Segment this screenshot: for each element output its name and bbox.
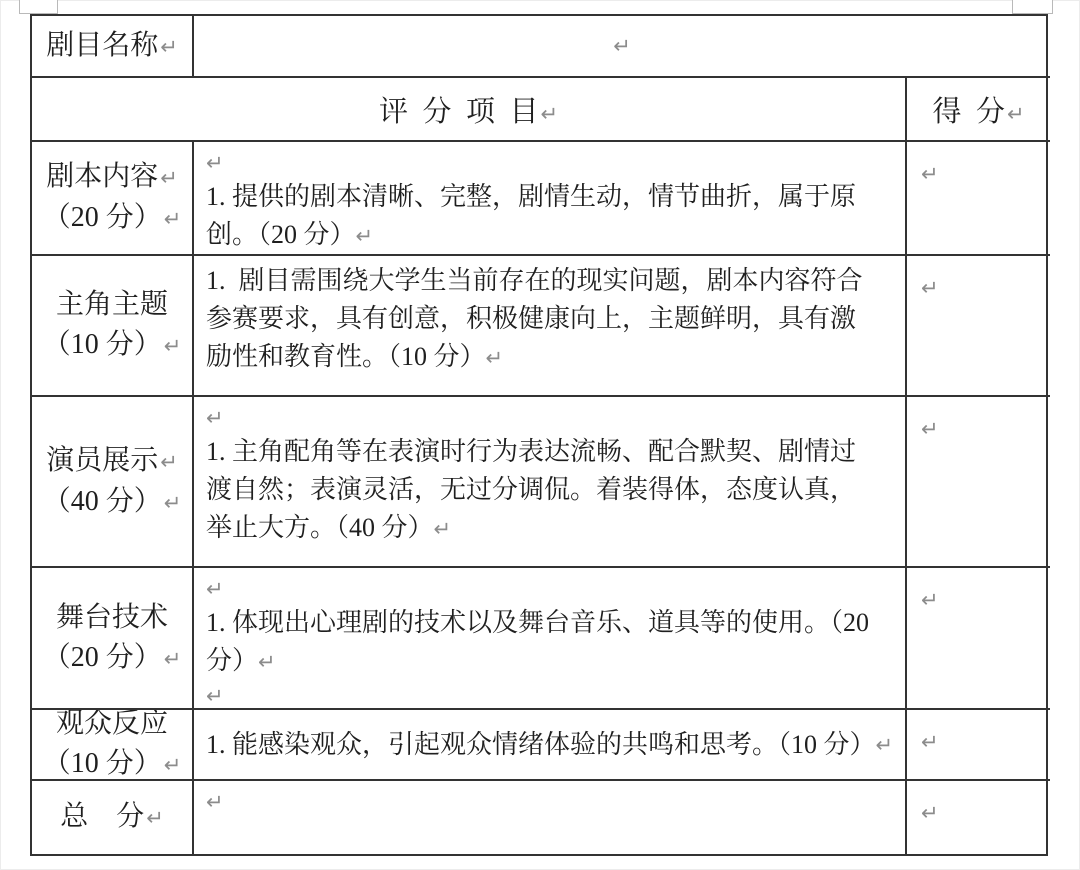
- total-score-input-cell[interactable]: ↵: [907, 781, 1050, 854]
- total-label: 总 分↵: [60, 797, 164, 838]
- document-page: 剧目名称↵ ↵ 评 分 项 目↵ 得 分↵ 剧本内容↵ （20 分）↵ ↵ 1.…: [0, 0, 1080, 870]
- paragraph-mark-icon: ↵: [164, 647, 182, 671]
- criteria-name: 观众反应: [56, 710, 168, 744]
- criteria-name: 剧本内容↵: [46, 157, 178, 198]
- criteria-points: （20 分）↵: [43, 198, 182, 239]
- program-name-label: 剧目名称↵: [46, 26, 178, 67]
- paragraph-mark-icon: ↵: [146, 806, 164, 830]
- paragraph-mark-icon: ↵: [921, 588, 939, 612]
- paragraph-mark-icon: ↵: [540, 102, 558, 126]
- header-score-cell: 得 分↵: [907, 78, 1050, 142]
- criteria-description: 1. 体现出心理剧的技术以及舞台音乐、道具等的使用。（20 分）: [206, 608, 869, 675]
- total-value-cell[interactable]: ↵: [194, 781, 907, 854]
- criteria-name-cell: 演员展示↵ （40 分）↵: [32, 397, 194, 568]
- criteria-description: 1. 剧目需围绕大学生当前存在的现实问题，剧本内容符合 参赛要求，具有创意，积极…: [206, 266, 863, 371]
- header-score-label: 得 分↵: [932, 89, 1024, 130]
- criteria-description-cell: ↵ 1. 提供的剧本清晰、完整，剧情生动，情节曲折，属于原 创。（20 分）↵: [194, 142, 907, 256]
- paragraph-mark-icon: ↵: [164, 334, 182, 358]
- paragraph-mark-icon: ↵: [164, 753, 182, 777]
- criteria-name-cell: 舞台技术 （20 分）↵: [32, 568, 194, 710]
- criteria-points: （10 分）↵: [43, 744, 182, 781]
- paragraph-mark-icon: ↵: [486, 346, 504, 370]
- criteria-description-cell: ↵ 1. 主角配角等在表演时行为表达流畅、配合默契、剧情过 渡自然；表演灵活，无…: [194, 397, 907, 568]
- program-name-value-cell[interactable]: ↵: [194, 16, 1050, 78]
- criteria-name-cell: 剧本内容↵ （20 分）↵: [32, 142, 194, 256]
- paragraph-mark-icon: ↵: [206, 403, 895, 433]
- score-input-cell[interactable]: ↵: [907, 142, 1050, 256]
- paragraph-mark-icon: ↵: [921, 801, 939, 825]
- paragraph-mark-icon: ↵: [356, 224, 374, 248]
- paragraph-mark-icon: ↵: [613, 34, 631, 58]
- paragraph-mark-icon: ↵: [206, 148, 895, 178]
- paragraph-mark-icon: ↵: [876, 726, 894, 764]
- criteria-name: 演员展示↵: [46, 441, 178, 482]
- criteria-description: 1. 提供的剧本清晰、完整，剧情生动，情节曲折，属于原 创。（20 分）: [206, 182, 856, 249]
- score-input-cell[interactable]: ↵: [907, 256, 1050, 397]
- paragraph-mark-icon: ↵: [434, 517, 452, 541]
- criteria-name: 舞台技术: [56, 598, 168, 638]
- criteria-description-cell: 1. 剧目需围绕大学生当前存在的现实问题，剧本内容符合 参赛要求，具有创意，积极…: [194, 256, 907, 397]
- paragraph-mark-icon: ↵: [164, 491, 182, 515]
- paragraph-mark-icon: ↵: [1007, 102, 1025, 126]
- criteria-description: 1. 能感染观众，引起观众情绪体验的共鸣和思考。（10 分）: [206, 726, 876, 764]
- page-corner-notch-left: [19, 0, 58, 14]
- page-corner-notch-right: [1012, 0, 1053, 14]
- paragraph-mark-icon: ↵: [921, 730, 939, 754]
- paragraph-mark-icon: ↵: [206, 787, 895, 817]
- score-input-cell[interactable]: ↵: [907, 710, 1050, 781]
- criteria-points: （20 分）↵: [43, 638, 182, 679]
- paragraph-mark-icon: ↵: [164, 207, 182, 231]
- paragraph-mark-icon: ↵: [160, 166, 178, 190]
- paragraph-mark-icon: ↵: [160, 450, 178, 474]
- criteria-description: 1. 主角配角等在表演时行为表达流畅、配合默契、剧情过 渡自然；表演灵活，无过分…: [206, 437, 856, 542]
- criteria-description-cell: 1. 能感染观众，引起观众情绪体验的共鸣和思考。（10 分）↵: [194, 710, 907, 781]
- criteria-name-cell: 主角主题 （10 分）↵: [32, 256, 194, 397]
- paragraph-mark-icon: ↵: [206, 681, 895, 710]
- paragraph-mark-icon: ↵: [206, 574, 895, 604]
- criteria-points: （10 分）↵: [43, 325, 182, 366]
- header-items-cell: 评 分 项 目↵: [32, 78, 907, 142]
- criteria-description-cell: ↵ 1. 体现出心理剧的技术以及舞台音乐、道具等的使用。（20 分）↵ ↵: [194, 568, 907, 710]
- score-input-cell[interactable]: ↵: [907, 568, 1050, 710]
- score-input-cell[interactable]: ↵: [907, 397, 1050, 568]
- total-label-cell: 总 分↵: [32, 781, 194, 854]
- paragraph-mark-icon: ↵: [258, 650, 276, 674]
- paragraph-mark-icon: ↵: [921, 162, 939, 186]
- header-items-label: 评 分 项 目↵: [379, 89, 558, 130]
- criteria-name: 主角主题: [56, 285, 168, 325]
- paragraph-mark-icon: ↵: [921, 417, 939, 441]
- paragraph-mark-icon: ↵: [160, 35, 178, 59]
- criteria-points: （40 分）↵: [43, 482, 182, 523]
- criteria-name-cell: 观众反应 （10 分）↵: [32, 710, 194, 781]
- paragraph-mark-icon: ↵: [921, 276, 939, 300]
- score-table: 剧目名称↵ ↵ 评 分 项 目↵ 得 分↵ 剧本内容↵ （20 分）↵ ↵ 1.…: [30, 14, 1048, 856]
- program-name-label-cell: 剧目名称↵: [32, 16, 194, 78]
